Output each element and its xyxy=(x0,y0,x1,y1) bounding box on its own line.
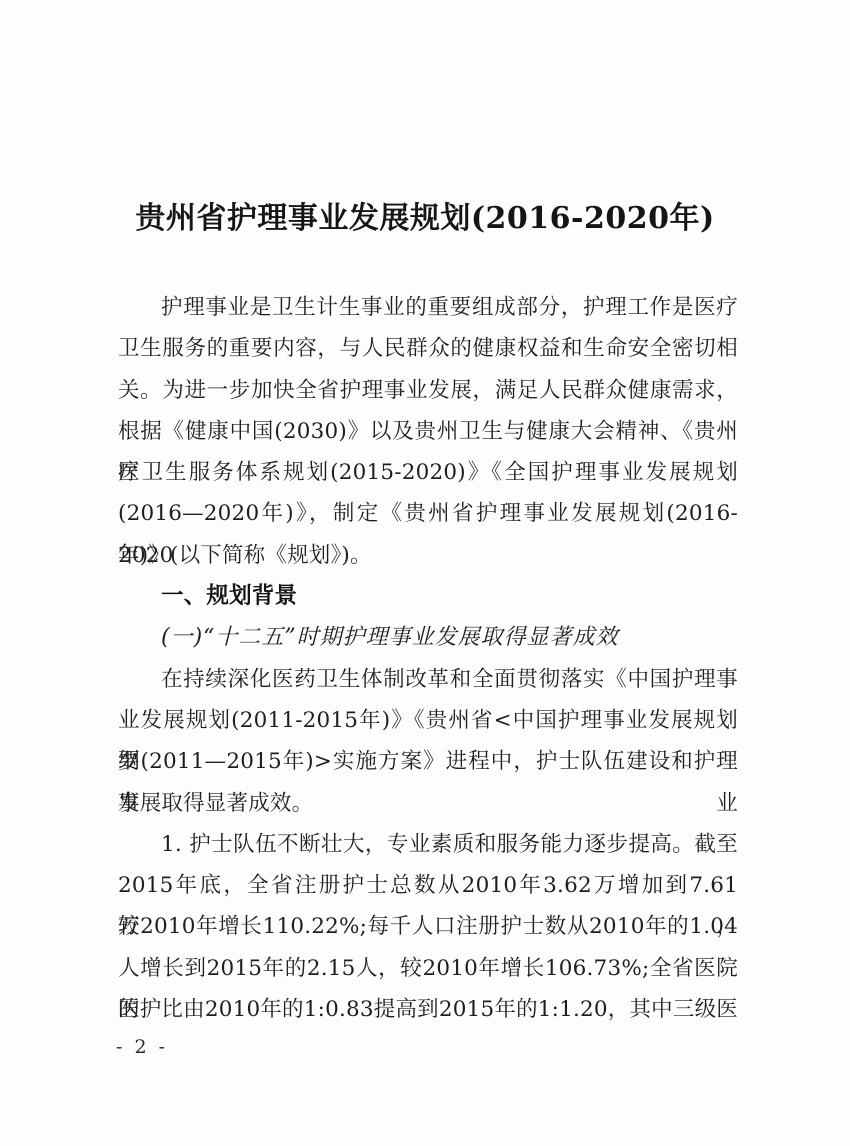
document-body: 护理事业是卫生计生事业的重要组成部分，护理工作是医疗 卫生服务的重要内容，与人民… xyxy=(118,287,738,1030)
section-heading: 一、规划背景 xyxy=(118,576,738,617)
paragraph-line: 1. 护士队伍不断壮大，专业素质和服务能力逐步提高。截至 xyxy=(118,824,738,865)
paragraph-line: 关。为进一步加快全省护理事业发展，满足人民群众健康需求， xyxy=(118,370,738,411)
paragraph-line: 较2010年增长110.22%;每千人口注册护士数从2010年的1.04 xyxy=(118,906,738,947)
document-page: 贵州省护理事业发展规划(2016-2020年) 护理事业是卫生计生事业的重要组成… xyxy=(0,0,850,1146)
paragraph-line: 年)》(以下简称《规划》)。 xyxy=(118,535,738,576)
paragraph-line: 业发展规划(2011-2015年)》《贵州省<中国护理事业发展规划纲 xyxy=(118,700,738,741)
paragraph-line: 要(2011—2015年)>实施方案》进程中，护士队伍建设和护理事业 xyxy=(118,741,738,782)
page-number: - 2 - xyxy=(116,1034,168,1060)
paragraph-line: (2016—2020年)》，制定《贵州省护理事业发展规划(2016-2020 xyxy=(118,493,738,534)
paragraph-line: 疗卫生服务体系规划(2015-2020)》《全国护理事业发展规划 xyxy=(118,452,738,493)
paragraph-line: 卫生服务的重要内容，与人民群众的健康权益和生命安全密切相 xyxy=(118,328,738,369)
subsection-heading: (一)“十二五”时期护理事业发展取得显著成效 xyxy=(118,617,738,658)
paragraph-line: 医护比由2010年的1:0.83提高到2015年的1:1.20，其中三级医 xyxy=(118,989,738,1030)
paragraph-line: 人增长到2015年的2.15人，较2010年增长106.73%;全省医院的 xyxy=(118,948,738,989)
paragraph-line: 在持续深化医药卫生体制改革和全面贯彻落实《中国护理事 xyxy=(118,659,738,700)
document-title: 贵州省护理事业发展规划(2016-2020年) xyxy=(0,193,850,237)
paragraph-line: 护理事业是卫生计生事业的重要组成部分，护理工作是医疗 xyxy=(118,287,738,328)
paragraph-line: 根据《健康中国(2030)》以及贵州卫生与健康大会精神、《贵州医 xyxy=(118,411,738,452)
paragraph-line: 2015年底，全省注册护士总数从2010年3.62万增加到7.61万， xyxy=(118,865,738,906)
